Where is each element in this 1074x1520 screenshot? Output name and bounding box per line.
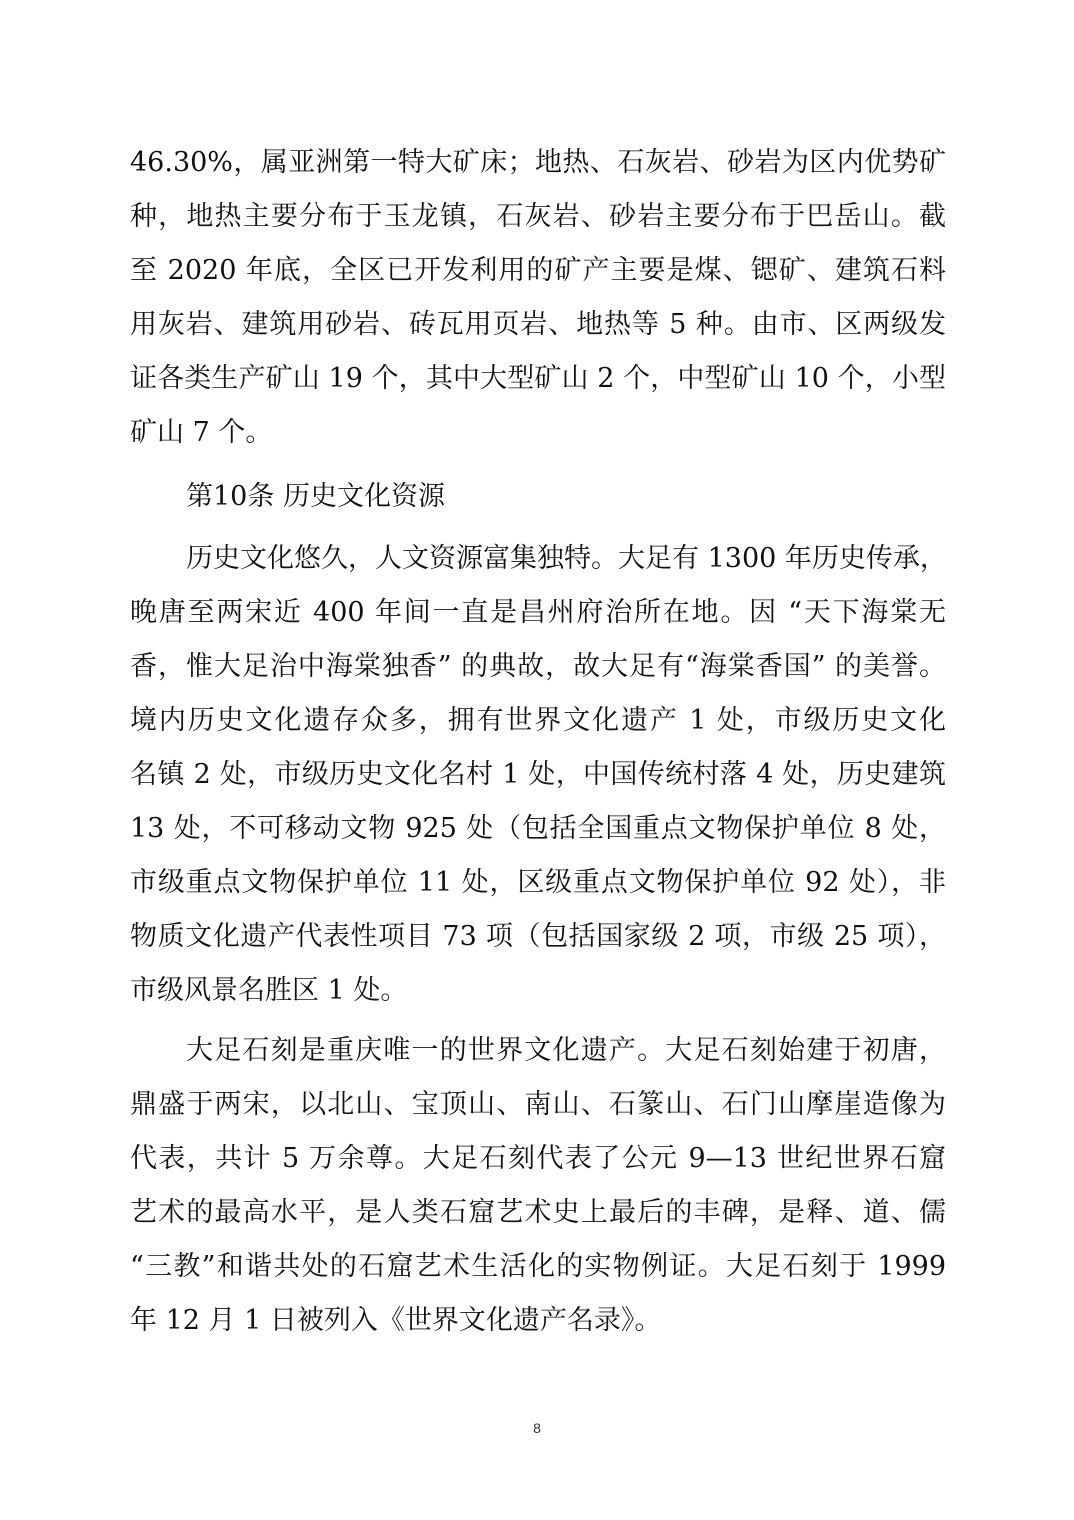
text-line: 种，地热主要分布于玉龙镇，石灰岩、砂岩主要分布于巴岳山。截 — [130, 190, 946, 244]
text-line: 市级风景名胜区 1 处。 — [130, 964, 946, 1018]
text-line: 矿山 7 个。 — [130, 406, 946, 460]
paragraph-history: 历史文化悠久，人文资源富集独特。大足有 1300 年历史传承， 晚唐至两宋近 4… — [130, 532, 946, 1018]
text-line: 大足石刻是重庆唯一的世界文化遗产。大足石刻始建于初唐， — [130, 1024, 946, 1078]
paragraph-minerals: 46.30%，属亚洲第一特大矿床；地热、石灰岩、砂岩为区内优势矿 种，地热主要分… — [130, 136, 946, 460]
text-line: 晚唐至两宋近 400 年间一直是昌州府治所在地。因 “天下海棠无 — [130, 586, 946, 640]
document-page: 46.30%，属亚洲第一特大矿床；地热、石灰岩、砂岩为区内优势矿 种，地热主要分… — [130, 136, 946, 1348]
section-heading: 第10条 历史文化资源 — [130, 470, 946, 524]
text-line: 鼎盛于两宋，以北山、宝顶山、南山、石篆山、石门山摩崖造像为 — [130, 1078, 946, 1132]
text-line: 证各类生产矿山 19 个，其中大型矿山 2 个，中型矿山 10 个，小型 — [130, 352, 946, 406]
text-line: “三教”和谐共处的石窟艺术生活化的实物例证。大足石刻于 1999 — [130, 1240, 946, 1294]
text-line: 历史文化悠久，人文资源富集独特。大足有 1300 年历史传承， — [130, 532, 946, 586]
text-line: 市级重点文物保护单位 11 处，区级重点文物保护单位 92 处），非 — [130, 856, 946, 910]
text-line: 艺术的最高水平，是人类石窟艺术史上最后的丰碑，是释、道、儒 — [130, 1186, 946, 1240]
text-line: 名镇 2 处，市级历史文化名村 1 处，中国传统村落 4 处，历史建筑 — [130, 748, 946, 802]
paragraph-carvings: 大足石刻是重庆唯一的世界文化遗产。大足石刻始建于初唐， 鼎盛于两宋，以北山、宝顶… — [130, 1024, 946, 1348]
text-line: 13 处，不可移动文物 925 处（包括全国重点文物保护单位 8 处， — [130, 802, 946, 856]
text-line: 至 2020 年底，全区已开发利用的矿产主要是煤、锶矿、建筑石料 — [130, 244, 946, 298]
text-line: 46.30%，属亚洲第一特大矿床；地热、石灰岩、砂岩为区内优势矿 — [130, 136, 946, 190]
text-line: 物质文化遗产代表性项目 73 项（包括国家级 2 项，市级 25 项）， — [130, 910, 946, 964]
text-line: 香，惟大足治中海棠独香” 的典故，故大足有“海棠香国” 的美誉。 — [130, 640, 946, 694]
text-line: 境内历史文化遗存众多，拥有世界文化遗产 1 处，市级历史文化 — [130, 694, 946, 748]
text-line: 代表，共计 5 万余尊。大足石刻代表了公元 9—13 世纪世界石窟 — [130, 1132, 946, 1186]
page-number: 8 — [0, 1420, 1074, 1436]
text-line: 年 12 月 1 日被列入《世界文化遗产名录》。 — [130, 1294, 946, 1348]
text-line: 用灰岩、建筑用砂岩、砖瓦用页岩、地热等 5 种。由市、区两级发 — [130, 298, 946, 352]
